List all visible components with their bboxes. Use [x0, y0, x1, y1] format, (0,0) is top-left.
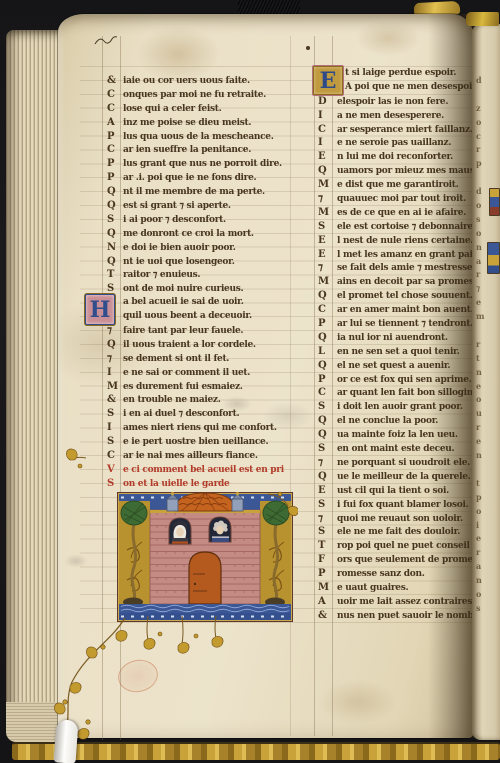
line-initial: Q	[318, 470, 337, 484]
facing-page-initial	[489, 188, 500, 216]
line-initial: I	[318, 109, 337, 123]
edge-glyph: p	[476, 491, 484, 505]
line-text: ua mainte foiz la len ueu.	[337, 430, 458, 440]
line-text: lus grant que nus ne porroit dire.	[123, 159, 282, 169]
line-initial: M	[107, 380, 123, 394]
line-text: e uaut guaires.	[337, 583, 408, 593]
line-initial: Q	[318, 359, 337, 373]
line-initial: I	[107, 421, 123, 435]
edge-glyph: a	[476, 560, 484, 574]
edge-glyph: o	[476, 505, 484, 519]
gilded-corner	[466, 12, 499, 26]
castle-tower	[150, 492, 260, 604]
verse-line: Qnt il me membre de ma perte.	[107, 185, 284, 199]
line-text: uamors por mieuz mes maus por	[337, 166, 493, 176]
line-initial: P	[318, 373, 337, 387]
edge-glyph: o	[476, 116, 484, 130]
line-initial: T	[318, 539, 337, 553]
page-holder-tool	[54, 719, 79, 763]
verse-line: Si ai poor ⁊ desconfort.	[107, 213, 284, 227]
edge-glyph: s	[476, 602, 484, 616]
ink-flourish	[94, 34, 118, 50]
edge-glyph	[476, 88, 484, 102]
line-text: i ai poor ⁊ desconfort.	[123, 215, 226, 225]
edge-glyph: d	[476, 74, 484, 88]
ivy-spray-left	[58, 444, 88, 472]
edge-glyph: u	[476, 407, 484, 421]
line-initial: Q	[107, 338, 123, 352]
verse-line: ⁊faire tant par leur fauele.	[107, 324, 284, 338]
verse-line: Plus qua uous de la mescheance.	[107, 130, 284, 144]
decorated-initial-h: H	[85, 294, 115, 325]
line-text: n lui me doi reconforter.	[337, 152, 453, 162]
verse-line: a bel acueil ie sai de uoir.	[107, 296, 284, 310]
line-initial: C	[318, 386, 337, 400]
verse-line: Qnt ie uoi que losengeor.	[107, 255, 284, 269]
line-text: e doi ie bien auoir poor.	[123, 243, 236, 253]
edge-glyph: o	[476, 393, 484, 407]
edge-glyph: r	[476, 421, 484, 435]
line-text: il uous traient a lor cordele.	[123, 340, 256, 350]
line-text: e ne sai or comment il uet.	[123, 368, 250, 378]
ivy-vine-decoration	[40, 614, 300, 759]
edge-glyph: o	[476, 227, 484, 241]
line-initial: T	[107, 268, 123, 282]
edge-glyph	[476, 463, 484, 477]
edge-glyph: o	[476, 588, 484, 602]
line-text: l met les amanz en grant paine.	[337, 250, 487, 260]
verse-line: Qme donront ce croi la mort.	[107, 227, 284, 241]
verse-line: &iaie ou cor uers uous faite.	[107, 74, 284, 88]
line-initial: S	[318, 442, 337, 456]
line-text: a bel acueil ie sai de uoir.	[123, 297, 244, 307]
verse-line: Car ien sueffre la penitance.	[107, 143, 284, 157]
verse-line: Mes durement fui esmaiez.	[107, 380, 284, 394]
edge-glyph: e	[476, 380, 484, 394]
edge-glyph: i	[476, 519, 484, 533]
line-text: e ie pert uostre bien ueillance.	[123, 437, 268, 447]
line-text: en ont maint este deceu.	[337, 444, 454, 454]
line-text: ont de moi nuire curieus.	[123, 284, 243, 294]
edge-glyph: r	[476, 338, 484, 352]
line-initial: ⁊	[318, 192, 337, 206]
verse-line: quil uous beent a deceuoir.	[107, 310, 284, 324]
line-initial: I	[318, 136, 337, 150]
line-initial: E	[318, 248, 337, 262]
line-initial: Q	[318, 428, 337, 442]
line-initial: S	[107, 213, 123, 227]
line-text: se fait dels amie ⁊ mestresse.	[337, 263, 475, 273]
left-text-column: &iaie ou cor uers uous faite.Conques par…	[107, 74, 284, 491]
line-text: me donront ce croi la mort.	[123, 229, 254, 239]
line-initial: P	[107, 130, 123, 144]
verse-line: Par .i. poi que ie ne fons dire.	[107, 171, 284, 185]
edge-glyph: n	[476, 574, 484, 588]
line-text: or ce est fox qui sen aprime.	[337, 375, 472, 385]
edge-glyph: t	[476, 352, 484, 366]
ink-speck	[306, 46, 310, 50]
line-initial: Q	[318, 414, 337, 428]
line-text: e dist que me garantiroit.	[337, 180, 458, 190]
line-initial: I	[107, 366, 123, 380]
line-initial: Q	[107, 199, 123, 213]
ivy-spray-right	[266, 486, 298, 518]
line-text: iaie ou cor uers uous faite.	[123, 76, 250, 86]
edge-glyph: n	[476, 241, 484, 255]
verse-line: Sont de moi nuire curieus.	[107, 282, 284, 296]
edge-glyph: n	[476, 366, 484, 380]
line-initial: Q	[318, 331, 337, 345]
line-text: ele est cortoise ⁊ debonnaire.	[337, 222, 476, 232]
line-initial: D	[318, 95, 337, 109]
verse-line: Car ie nai mes ailleurs fiance.	[107, 449, 284, 463]
line-initial: Q	[318, 289, 337, 303]
line-text: ar ien sueffre la penitance.	[123, 145, 251, 155]
window-left-figure	[169, 518, 191, 544]
line-text: es durement fui esmaiez.	[123, 382, 243, 392]
line-text: i fui fox quant blamer losoi.	[337, 500, 468, 510]
line-initial: S	[318, 400, 337, 414]
line-text: ar .i. poi que ie ne fons dire.	[123, 173, 256, 183]
verse-line: Iames niert riens qui me confort.	[107, 421, 284, 435]
decorated-initial-e: E	[312, 65, 344, 96]
line-initial: C	[107, 102, 123, 116]
edge-glyph: e	[476, 435, 484, 449]
line-initial: A	[107, 116, 123, 130]
line-text: el promet tel chose souuent.	[337, 291, 473, 301]
line-text: es de ce que en ai ie afaire.	[337, 208, 466, 218]
line-initial: C	[107, 449, 123, 463]
line-initial: ⁊	[107, 352, 123, 366]
line-text: nus nen puet sauoir le nombre	[337, 611, 483, 621]
line-initial: Q	[107, 185, 123, 199]
line-text: romesse sanz don.	[337, 569, 425, 579]
line-initial: ⁊	[107, 324, 123, 338]
line-text: a ne men desesperere.	[337, 111, 444, 121]
line-text: ames niert riens qui me confort.	[123, 423, 277, 433]
rubric-line: Son et la uielle le garde	[107, 477, 284, 491]
edge-glyph: o	[476, 199, 484, 213]
line-initial: &	[107, 74, 123, 88]
line-initial: M	[318, 206, 337, 220]
gilded-bottom-edge	[12, 742, 500, 760]
line-initial: M	[318, 178, 337, 192]
line-initial: E	[318, 234, 337, 248]
edge-glyph: m	[476, 310, 484, 324]
line-initial: Q	[318, 164, 337, 178]
line-initial: C	[318, 303, 337, 317]
line-text: ors que seulement de prometre.	[337, 555, 489, 565]
line-text: ue le meilleur de la querele.	[337, 472, 470, 482]
verse-line: Ainz me poise se dieu meist.	[107, 116, 284, 130]
line-initial: A	[318, 595, 337, 609]
edge-glyph: ⁊	[476, 282, 484, 296]
line-initial: S	[318, 525, 337, 539]
line-text: el ne conclue la poor.	[337, 416, 438, 426]
line-initial: P	[318, 567, 337, 581]
line-text: on et la uielle le garde	[123, 479, 229, 489]
line-text: uoir me lait assez contraires.	[337, 597, 475, 607]
verse-line: Close qui a celer feist.	[107, 102, 284, 116]
line-initial: C	[107, 88, 123, 102]
line-initial: ⁊	[318, 456, 337, 470]
line-text: elespoir las ie non fere.	[337, 97, 448, 107]
line-initial: M	[318, 275, 337, 289]
line-initial: &	[318, 609, 337, 623]
line-text: faire tant par leur fauele.	[123, 326, 243, 336]
line-initial: Q	[107, 227, 123, 241]
edge-glyph: p	[476, 157, 484, 171]
line-text: e ne seroie pas uaillanz.	[337, 138, 451, 148]
line-initial: L	[318, 345, 337, 359]
edge-glyph: c	[476, 130, 484, 144]
line-text: est si grant ⁊ si aperte.	[123, 201, 231, 211]
line-text: t si laige perdue espoir.	[345, 68, 456, 78]
line-text: i doit len auoir grant poor.	[337, 402, 463, 412]
line-initial: S	[107, 435, 123, 449]
facing-page-text-fragments: dzocrpdosonar⁊emrtneourentpoieranos	[476, 74, 484, 616]
line-text: onques par moi ne fu retraite.	[123, 90, 266, 100]
line-initial: M	[318, 581, 337, 595]
edge-glyph: z	[476, 102, 484, 116]
line-text: ar quant len fait bon sillogime.	[337, 388, 484, 398]
line-text: ains en decoit par sa promesse.	[337, 277, 487, 287]
line-text: ne porquant si uoudroit ele.	[337, 458, 470, 468]
verse-line: &en trouble ne maiez.	[107, 393, 284, 407]
line-initial: S	[318, 498, 337, 512]
edge-glyph: r	[476, 268, 484, 282]
line-initial: S	[107, 477, 123, 491]
line-initial: E	[318, 150, 337, 164]
book-strap	[238, 0, 300, 15]
line-text: ar en amer maint bon auent.	[337, 305, 473, 315]
line-initial: Q	[107, 255, 123, 269]
line-initial: P	[107, 157, 123, 171]
edge-glyph	[476, 171, 484, 185]
line-text: ar ie nai mes ailleurs fiance.	[123, 451, 258, 461]
line-text: lose qui a celer feist.	[123, 104, 221, 114]
verse-line: Qest si grant ⁊ si aperte.	[107, 199, 284, 213]
edge-glyph: e	[476, 532, 484, 546]
edge-glyph: t	[476, 477, 484, 491]
line-text: nt ie uoi que losengeor.	[123, 257, 235, 267]
line-initial: C	[318, 123, 337, 137]
line-text: quauuec moi par tout iroit.	[337, 194, 466, 204]
line-text: e ci comment bel acueil est en pri	[123, 465, 284, 475]
edge-glyph	[476, 324, 484, 338]
line-text: l nest de nule riens certaine.	[337, 236, 473, 246]
window-right-figure	[209, 517, 231, 542]
line-text: quil uous beent a deceuoir.	[123, 311, 252, 321]
line-initial: C	[107, 143, 123, 157]
water-moat	[119, 604, 291, 613]
edge-glyph: e	[476, 296, 484, 310]
line-text: ia nul ior ni auendront.	[337, 333, 448, 343]
line-initial: ⁊	[318, 512, 337, 526]
line-initial: &	[107, 393, 123, 407]
line-text: raitor ⁊ enuieus.	[123, 270, 200, 280]
line-text: nt il me membre de ma perte.	[123, 187, 265, 197]
line-text: A poi que ne men desespoir.	[345, 82, 479, 92]
vertical-rule	[314, 36, 315, 736]
line-text: en trouble ne maiez.	[123, 395, 221, 405]
verse-line: Conques par moi ne fu retraite.	[107, 88, 284, 102]
rubric-line: Ve ci comment bel acueil est en pri	[107, 463, 284, 477]
line-text: ust cil qui la tient o soi.	[337, 486, 449, 496]
door	[189, 552, 221, 604]
verse-line: Se ie pert uostre bien ueillance.	[107, 435, 284, 449]
line-initial: S	[107, 407, 123, 421]
verse-line: Plus grant que nus ne porroit dire.	[107, 157, 284, 171]
line-initial: V	[107, 463, 123, 477]
line-text: se dement si ont il fet.	[123, 354, 229, 364]
verse-line: Si en ai duel ⁊ desconfort.	[107, 407, 284, 421]
verse-line: Qil uous traient a lor cordele.	[107, 338, 284, 352]
line-initial: F	[318, 553, 337, 567]
edge-glyph: r	[476, 143, 484, 157]
line-initial: P	[318, 317, 337, 331]
edge-glyph: r	[476, 546, 484, 560]
line-text: quoi me reuaut son uoloir.	[337, 514, 463, 524]
verse-line: ⁊se dement si ont il fet.	[107, 352, 284, 366]
line-text: ele ne me fait des douloir.	[337, 527, 460, 537]
line-text: inz me poise se dieu meist.	[123, 118, 251, 128]
line-initial: ⁊	[318, 261, 337, 275]
line-initial: E	[318, 484, 337, 498]
line-text: ar sesperance miert faillanz.	[337, 125, 473, 135]
edge-glyph: a	[476, 255, 484, 269]
line-initial: N	[107, 241, 123, 255]
edge-glyph: s	[476, 213, 484, 227]
line-initial: S	[318, 220, 337, 234]
line-text: en ne sen set a quoi tenir.	[337, 347, 460, 357]
verse-line: Ne doi ie bien auoir poor.	[107, 241, 284, 255]
line-text: ar lui se tiennent ⁊ tendront.	[337, 319, 473, 329]
edge-glyph: d	[476, 185, 484, 199]
line-text: lus qua uous de la mescheance.	[123, 132, 274, 142]
line-initial: P	[107, 171, 123, 185]
edge-glyph: n	[476, 449, 484, 463]
line-text: i en ai duel ⁊ desconfort.	[123, 409, 239, 419]
verse-line: Traitor ⁊ enuieus.	[107, 268, 284, 282]
verse-line: Ie ne sai or comment il uet.	[107, 366, 284, 380]
line-text: el ne set quest a auenir.	[337, 361, 450, 371]
facing-page-initial	[487, 242, 500, 274]
manuscript-photo: &iaie ou cor uers uous faite.Conques par…	[0, 0, 500, 763]
